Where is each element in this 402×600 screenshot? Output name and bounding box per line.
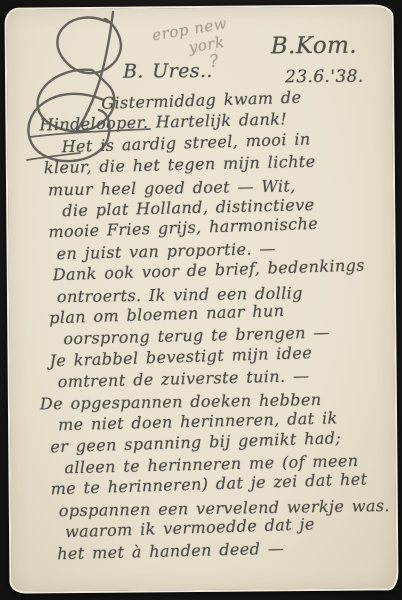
scanned-postcard-photo: erop new york ? B. Ures.. B.Kom. 23.6.'3… [0,0,402,600]
header-place: B.Kom. [271,33,357,60]
postcard-paper: erop new york ? B. Ures.. B.Kom. 23.6.'3… [4,4,398,593]
header-salutation: B. Ures.. [123,60,213,83]
letter-body: Gistermiddag kwam deHindelooper. Harteli… [13,90,390,564]
